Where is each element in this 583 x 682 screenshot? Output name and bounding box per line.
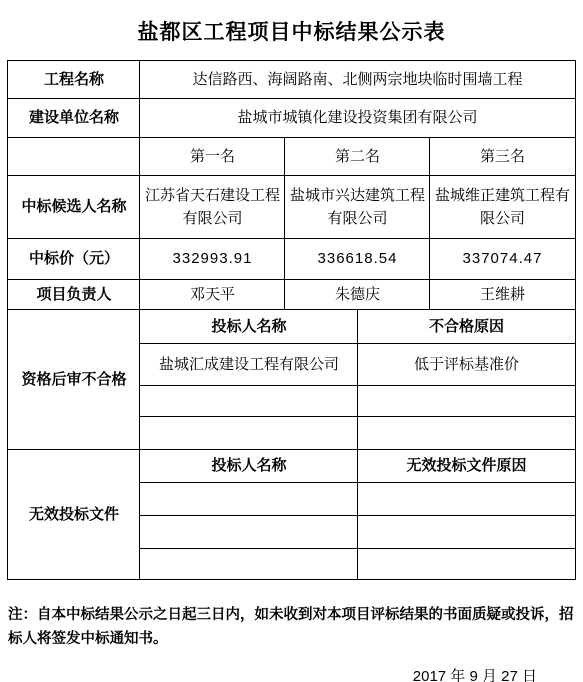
row-prices: 中标价（元） 332993.91 336618.54 337074.47 (8, 239, 575, 280)
candidate-1: 江苏省天石建设工程有限公司 (140, 176, 285, 239)
row-unqualified-header: 资格后审不合格 投标人名称 不合格原因 (8, 310, 575, 344)
project-name-label: 工程名称 (8, 61, 140, 99)
footer-note: 注：自本中标结果公示之日起三日内，如未收到对本项目评标结果的书面质疑或投诉，招标… (8, 603, 575, 651)
row-managers: 项目负责人 邓天平 朱德庆 王维耕 (8, 280, 575, 310)
rank-header-1: 第一名 (140, 138, 285, 176)
owner-label: 建设单位名称 (8, 99, 140, 138)
manager-1: 邓天平 (140, 280, 285, 310)
footer-date: 2017 年 9 月 27 日 (8, 665, 575, 682)
price-1: 332993.91 (140, 239, 285, 280)
unqualified-bidder-3 (140, 417, 358, 450)
invalid-reason-3 (358, 549, 575, 580)
invalid-reason-1 (358, 483, 575, 516)
row-rank-headers: 第一名 第二名 第三名 (8, 138, 575, 176)
project-name-value: 达信路西、海阔路南、北侧两宗地块临时围墙工程 (140, 61, 575, 99)
owner-value: 盐城市城镇化建设投资集团有限公司 (140, 99, 575, 138)
bid-result-table: 工程名称 达信路西、海阔路南、北侧两宗地块临时围墙工程 建设单位名称 盐城市城镇… (7, 60, 575, 580)
manager-3: 王维耕 (430, 280, 575, 310)
invalid-reason-2 (358, 516, 575, 549)
unqualified-reason-3 (358, 417, 575, 450)
manager-label: 项目负责人 (8, 280, 140, 310)
document-page: 盐都区工程项目中标结果公示表 工程名称 达信路西、海阔路南、北侧两宗地块临时围墙… (0, 0, 583, 682)
invalid-bidder-3 (140, 549, 358, 580)
invalid-bidder-2 (140, 516, 358, 549)
rank-header-spacer (8, 138, 140, 176)
page-title: 盐都区工程项目中标结果公示表 (0, 0, 583, 46)
price-label: 中标价（元） (8, 239, 140, 280)
row-project-name: 工程名称 达信路西、海阔路南、北侧两宗地块临时围墙工程 (8, 61, 575, 99)
unqualified-bidder-header: 投标人名称 (140, 310, 358, 344)
candidates-label: 中标候选人名称 (8, 176, 140, 239)
row-candidates: 中标候选人名称 江苏省天石建设工程有限公司 盐城市兴达建筑工程有限公司 盐城维正… (8, 176, 575, 239)
candidate-2: 盐城市兴达建筑工程有限公司 (285, 176, 430, 239)
unqualified-bidder-2 (140, 386, 358, 417)
rank-header-3: 第三名 (430, 138, 575, 176)
manager-2: 朱德庆 (285, 280, 430, 310)
row-invalid-header: 无效投标文件 投标人名称 无效投标文件原因 (8, 450, 575, 483)
unqualified-reason-2 (358, 386, 575, 417)
unqualified-bidder-1: 盐城汇成建设工程有限公司 (140, 344, 358, 386)
invalid-reason-header: 无效投标文件原因 (358, 450, 575, 483)
unqualified-reason-1: 低于评标基准价 (358, 344, 575, 386)
row-owner: 建设单位名称 盐城市城镇化建设投资集团有限公司 (8, 99, 575, 138)
invalid-bidder-header: 投标人名称 (140, 450, 358, 483)
invalid-bidder-1 (140, 483, 358, 516)
price-2: 336618.54 (285, 239, 430, 280)
candidate-3: 盐城维正建筑工程有限公司 (430, 176, 575, 239)
invalid-section-label: 无效投标文件 (8, 450, 140, 580)
price-3: 337074.47 (430, 239, 575, 280)
unqualified-section-label: 资格后审不合格 (8, 310, 140, 450)
rank-header-2: 第二名 (285, 138, 430, 176)
unqualified-reason-header: 不合格原因 (358, 310, 575, 344)
